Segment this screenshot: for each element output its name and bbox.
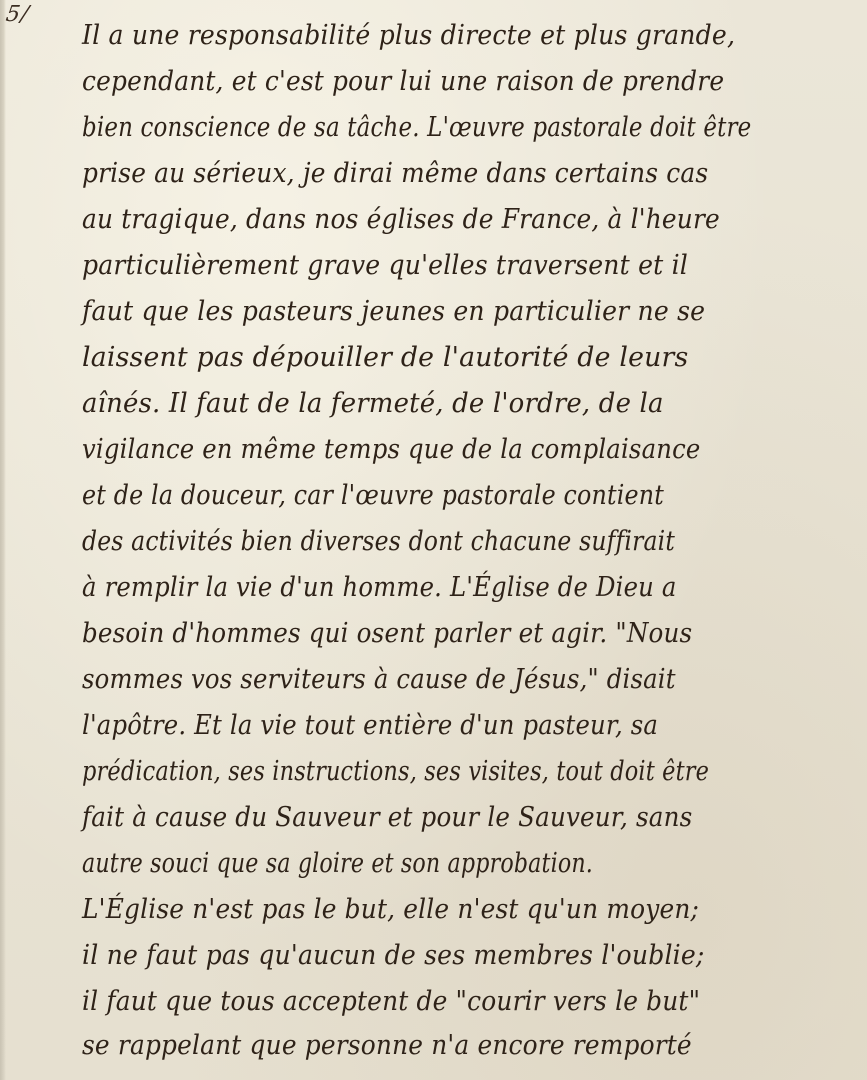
text-line-12: des activités bien diverses dont chacune… (82, 522, 675, 562)
text-line-3: bien conscience de sa tâche. L'œuvre pas… (82, 108, 751, 148)
text-line-21: il ne faut pas qu'aucun de ses membres l… (82, 936, 705, 976)
page-binding-edge (0, 0, 6, 1080)
manuscript-page: 5/ Il a une responsabilité plus directe … (0, 0, 867, 1080)
text-line-4: prise au sérieux, je dirai même dans cer… (82, 154, 708, 194)
text-line-10: vigilance en même temps que de la compla… (82, 430, 700, 470)
text-line-23: se rappelant que personne n'a encore rem… (82, 1026, 692, 1066)
text-line-14: besoin d'hommes qui osent parler et agir… (82, 614, 692, 654)
page-number: 5/ (4, 2, 31, 27)
text-line-15: sommes vos serviteurs à cause de Jésus,"… (82, 660, 676, 700)
text-line-17: prédication, ses instructions, ses visit… (82, 752, 709, 792)
text-line-5: au tragique, dans nos églises de France,… (82, 200, 720, 240)
text-line-19: autre souci que sa gloire et son approba… (82, 844, 593, 884)
text-line-1: Il a une responsabilité plus directe et … (82, 16, 735, 56)
text-line-8: laissent pas dépouiller de l'autorité de… (82, 338, 688, 378)
text-line-20: L'Église n'est pas le but, elle n'est qu… (82, 890, 699, 930)
text-line-18: fait à cause du Sauveur et pour le Sauve… (82, 798, 692, 838)
text-line-9: aînés. Il faut de la fermeté, de l'ordre… (82, 384, 664, 424)
text-line-2: cependant, et c'est pour lui une raison … (82, 62, 724, 102)
text-line-16: l'apôtre. Et la vie tout entière d'un pa… (82, 706, 658, 746)
text-line-6: particulièrement grave qu'elles traverse… (82, 246, 688, 286)
text-line-13: à remplir la vie d'un homme. L'Église de… (82, 568, 677, 608)
text-line-7: faut que les pasteurs jeunes en particul… (82, 292, 705, 332)
text-line-11: et de la douceur, car l'œuvre pastorale … (82, 476, 664, 516)
text-line-22: il faut que tous acceptent de "courir ve… (82, 982, 700, 1022)
